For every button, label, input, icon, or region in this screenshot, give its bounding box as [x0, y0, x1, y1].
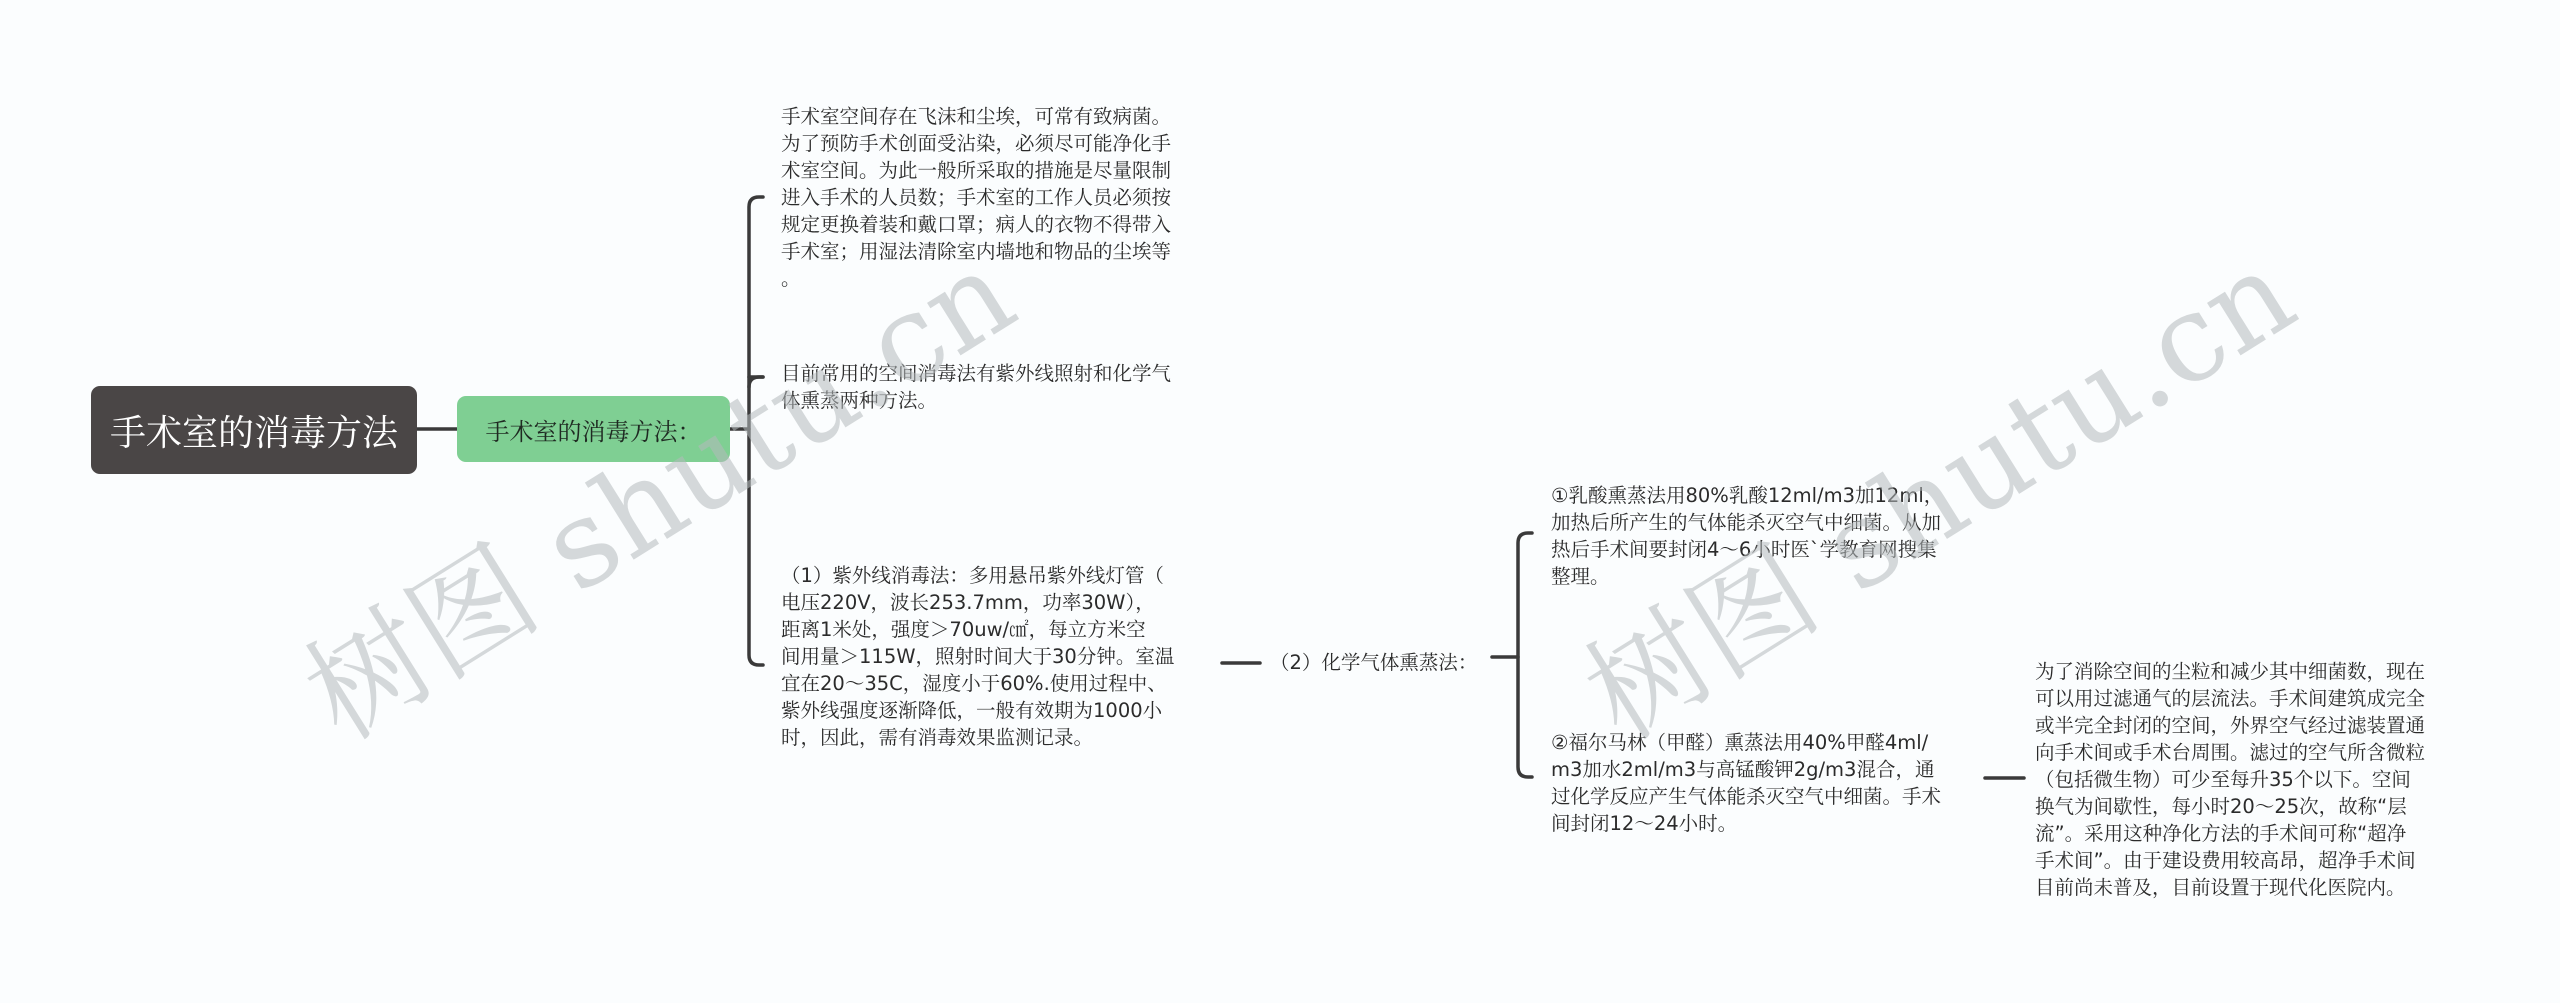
root-node-label: 手术室的消毒方法 — [110, 405, 398, 456]
branch-node-chemical-fumigation[interactable]: （2）化学气体熏蒸法： — [1270, 649, 1477, 676]
leaf-node-laminar-flow[interactable]: 为了消除空间的尘粒和减少其中细菌数，现在 可以用过滤通气的层流法。手术间建筑成完… — [2035, 658, 2425, 901]
leaf-node-formalin[interactable]: ②福尔马林（甲醛）熏蒸法用40%甲醛4ml/ m3加水2ml/m3与高锰酸钾2g… — [1551, 729, 1941, 837]
branch-node-uv-method[interactable]: （1）紫外线消毒法：多用悬吊紫外线灯管（ 电压220V，波长253.7mm，功率… — [781, 562, 1174, 751]
root-node[interactable]: 手术室的消毒方法 — [91, 386, 417, 474]
